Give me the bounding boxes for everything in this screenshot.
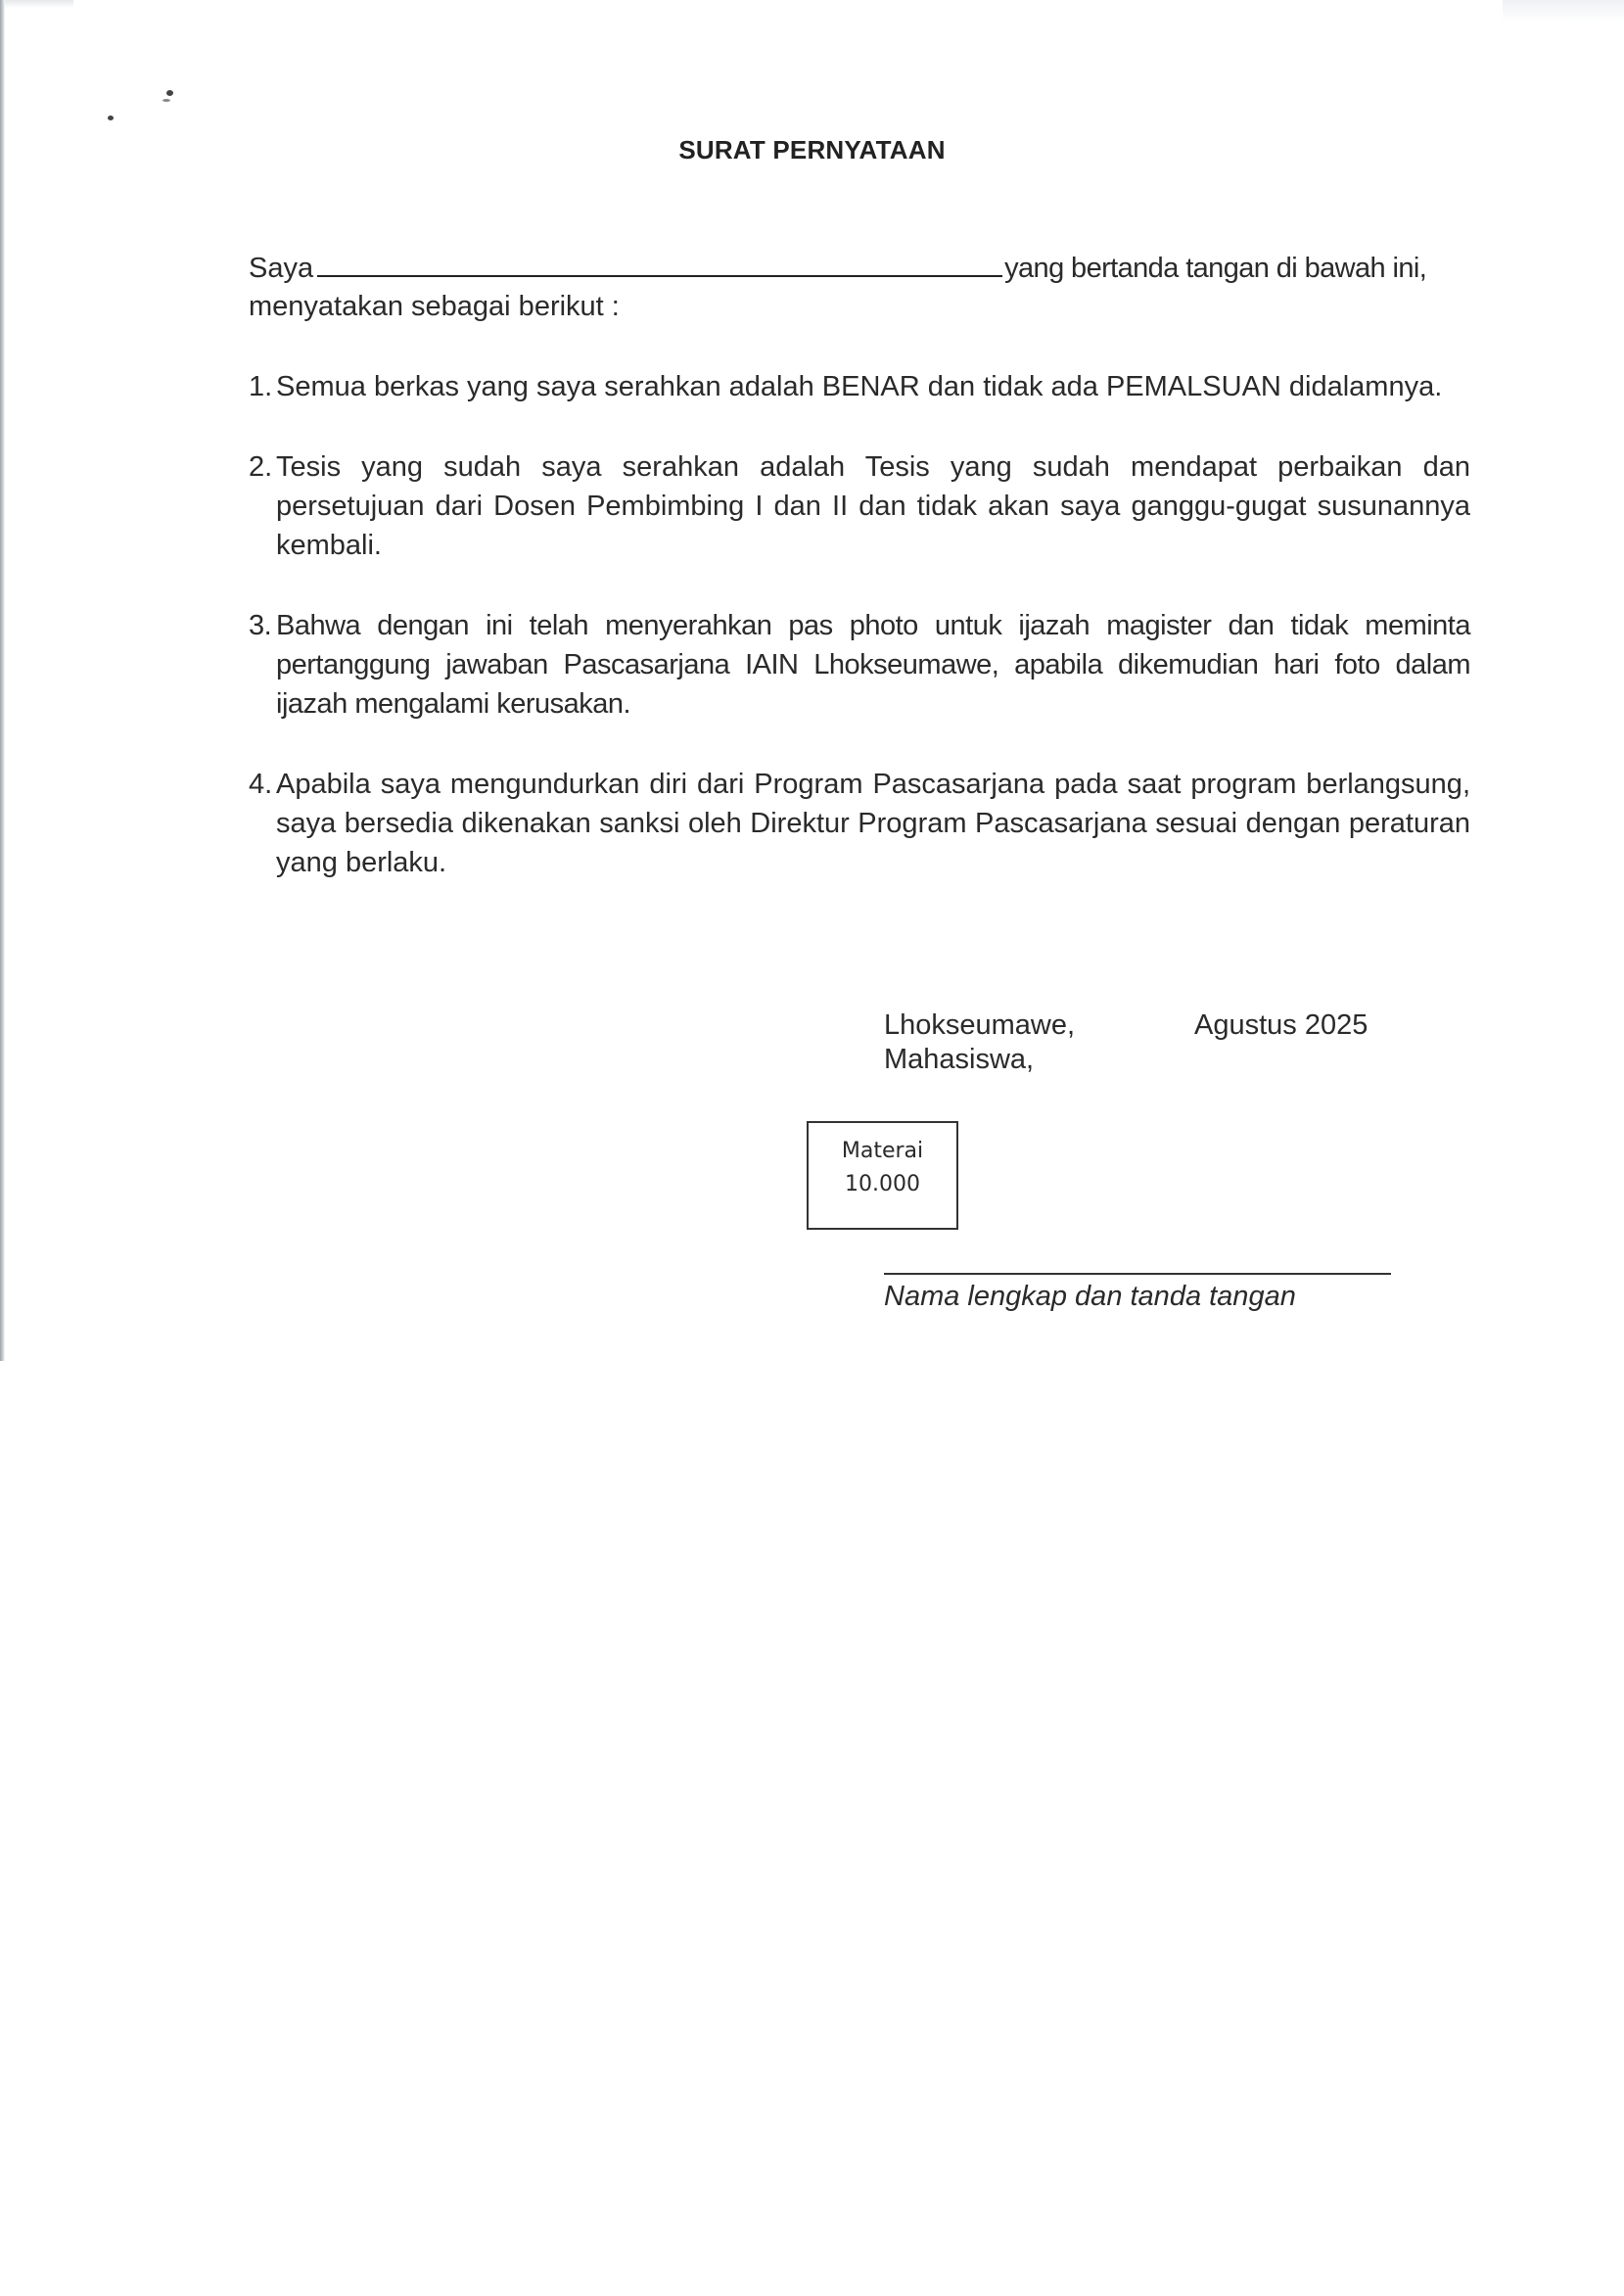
statement-list: 1. Semua berkas yang saya serahkan adala…	[249, 367, 1470, 882]
statement-number: 4.	[249, 765, 272, 804]
signature-line	[884, 1273, 1391, 1275]
scan-speck	[166, 90, 173, 96]
statement-text: Semua berkas yang saya serahkan adalah B…	[276, 371, 1442, 402]
place: Lhokseumawe,	[884, 1008, 1194, 1043]
materai-value: 10.000	[809, 1168, 956, 1201]
statement-text: Tesis yang sudah saya serahkan adalah Te…	[276, 451, 1470, 561]
name-blank-field[interactable]	[317, 250, 1002, 277]
intro-saya: Saya	[249, 250, 313, 288]
document-title: SURAT PERNYATAAN	[0, 135, 1624, 165]
scan-speck	[162, 99, 170, 102]
statement-number: 1.	[249, 367, 272, 406]
intro-after-blank: yang bertanda tangan di bawah ini,	[1004, 250, 1426, 288]
signature-caption: Nama lengkap dan tanda tangan	[884, 1281, 1296, 1313]
scan-edge-top-left	[5, 0, 73, 8]
statement-item: 4. Apabila saya mengundurkan diri dari P…	[249, 765, 1470, 882]
statement-text: Apabila saya mengundurkan diri dari Prog…	[276, 769, 1470, 878]
materai-stamp-box: Materai 10.000	[807, 1121, 958, 1230]
scan-edge-shadow	[0, 0, 5, 1361]
statement-text: Bahwa dengan ini telah menyerahkan pas p…	[276, 610, 1470, 720]
materai-label: Materai	[809, 1135, 956, 1168]
signer-role: Mahasiswa,	[884, 1043, 1393, 1077]
statement-number: 3.	[249, 606, 271, 645]
place-date-row: Lhokseumawe, Agustus 2025	[884, 1008, 1393, 1043]
document-body: Saya yang bertanda tangan di bawah ini, …	[249, 250, 1470, 923]
intro-line: Saya yang bertanda tangan di bawah ini,	[249, 250, 1470, 288]
statement-item: 1. Semua berkas yang saya serahkan adala…	[249, 367, 1470, 406]
date: Agustus 2025	[1194, 1008, 1368, 1043]
intro-second-line: menyatakan sebagai berikut :	[249, 288, 1470, 326]
scan-edge-top-right	[1503, 0, 1624, 22]
statement-number: 2.	[249, 447, 272, 487]
statement-item: 2. Tesis yang sudah saya serahkan adalah…	[249, 447, 1470, 565]
statement-item: 3. Bahwa dengan ini telah menyerahkan pa…	[249, 606, 1470, 724]
scan-speck	[108, 116, 114, 120]
signature-block: Lhokseumawe, Agustus 2025 Mahasiswa,	[884, 1008, 1393, 1077]
